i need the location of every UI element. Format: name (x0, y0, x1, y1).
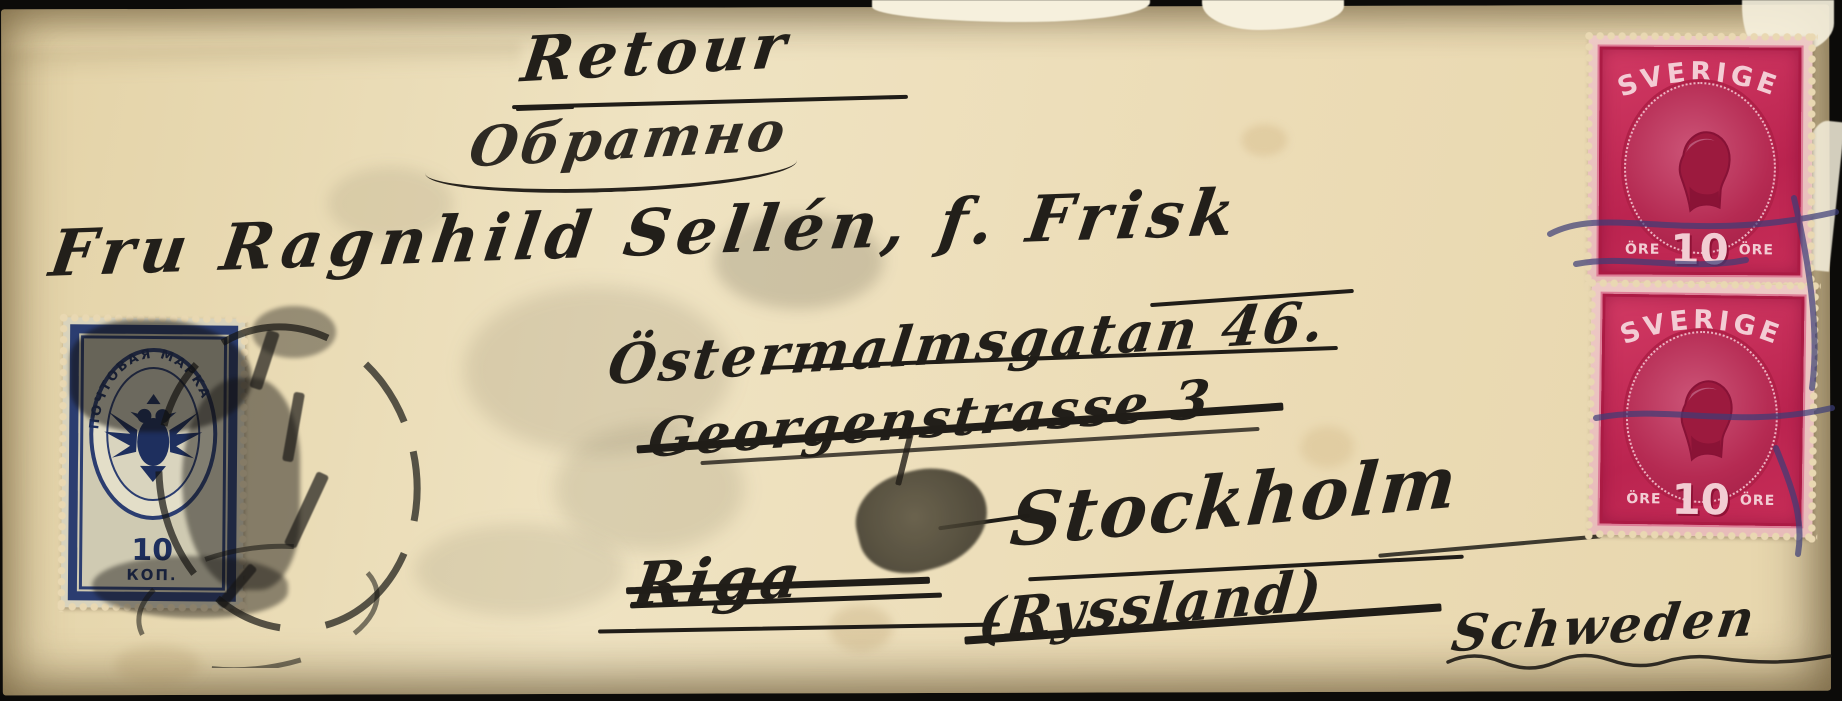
wavy-underline-stroke (1444, 648, 1836, 674)
kop-label: КОП. (77, 565, 227, 584)
denomination-10: 10 (77, 535, 227, 566)
swedish-stamp-bottom: SVERIGE ÖRE 10 ÖRE (1588, 282, 1815, 537)
denomination-10: 10 (1670, 231, 1729, 269)
foxing-spot (115, 645, 201, 685)
stamp-denomination: 10 КОП. (77, 535, 227, 584)
stamp-center-design: ПОЧТОВАЯ МАРКА (77, 333, 229, 544)
stamp-frame: SVERIGE ÖRE 10 ÖRE (1596, 44, 1803, 277)
king-oscar-portrait (1648, 112, 1753, 231)
photo-of-postal-cover: Retour Обратно Fru Ragnhild Sellén, f. F… (0, 0, 1842, 701)
foxing-spot (1241, 124, 1287, 156)
denomination-10: 10 (1671, 481, 1730, 520)
swedish-stamp-top: SVERIGE ÖRE 10 ÖRE (1587, 35, 1812, 286)
retour-annotation: Retour (518, 9, 795, 97)
stamp-frame: SVERIGE ÖRE 10 ÖRE (1597, 292, 1806, 529)
king-oscar-portrait (1649, 361, 1755, 480)
ore-label-right: ÖRE (1739, 242, 1774, 258)
ore-label-left: ÖRE (1626, 491, 1661, 507)
russian-stamp: ПОЧТОВАЯ МАРКА 10 КОП. (61, 317, 246, 609)
ink-smudge (414, 524, 624, 617)
envelope-crease (1, 42, 521, 81)
stamp-frame: ПОЧТОВАЯ МАРКА 10 КОП. (68, 324, 238, 601)
stamp-denomination-row: ÖRE 10 ÖRE (1598, 231, 1800, 270)
ore-label-left: ÖRE (1625, 242, 1660, 258)
ore-label-right: ÖRE (1740, 493, 1775, 509)
stamp-denomination-row: ÖRE 10 ÖRE (1599, 480, 1802, 521)
